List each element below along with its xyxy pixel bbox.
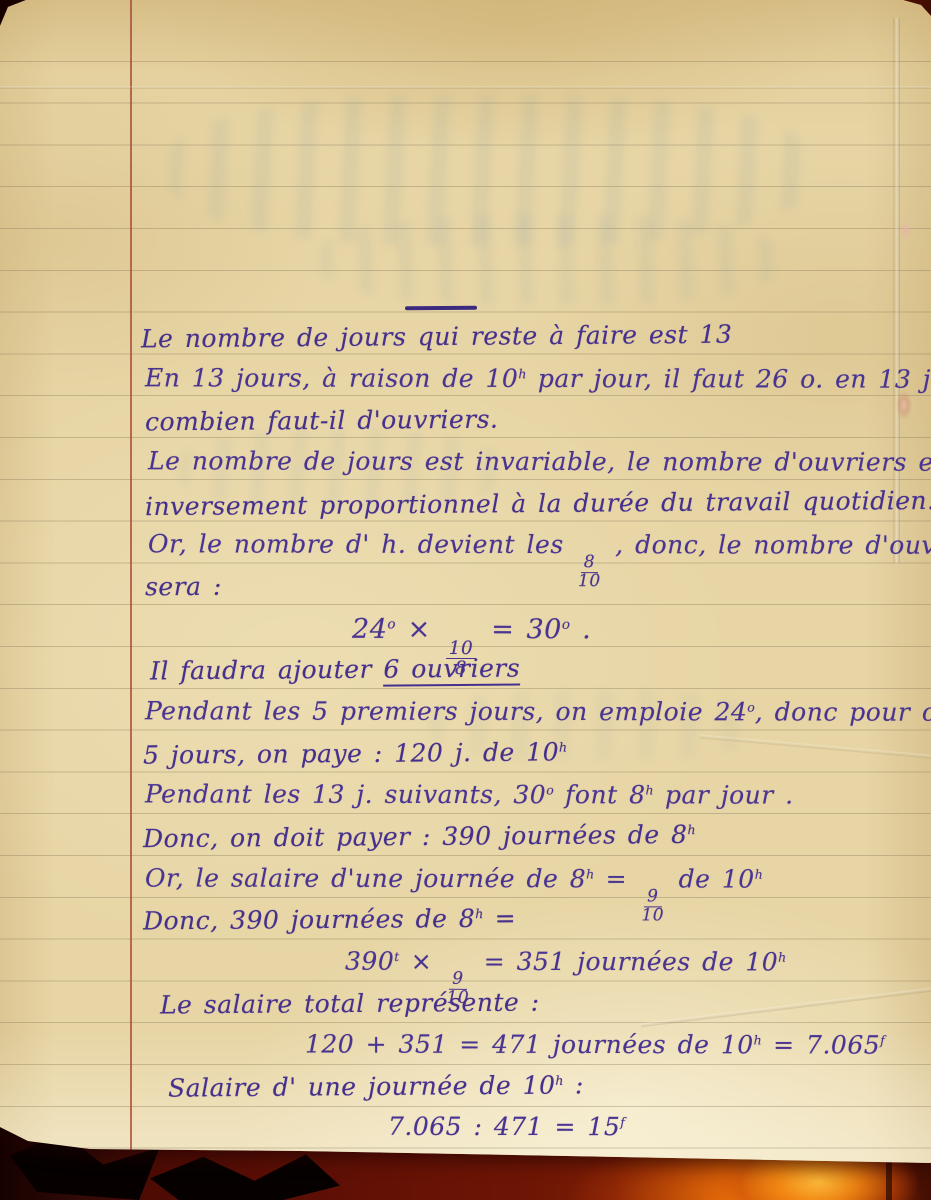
handwritten-line: inversement proportionnel à la durée du …: [145, 486, 931, 521]
handwriting-layer: Le nombre de jours qui reste à faire est…: [0, 0, 931, 1200]
handwritten-line: Salaire d' une journée de 10h :: [168, 1070, 584, 1102]
handwritten-line: Il faudra ajouter 6 ouvriers: [150, 654, 520, 686]
handwritten-line: combien faut-il d'ouvriers.: [145, 405, 499, 437]
handwritten-line: En 13 jours, à raison de 10h par jour, i…: [145, 363, 931, 393]
handwritten-line: 120 + 351 = 471 journées de 10h = 7.065f: [305, 1029, 885, 1059]
handwritten-line: Pendant les 5 premiers jours, on emploie…: [145, 696, 931, 726]
handwritten-line: sera :: [145, 572, 222, 602]
notebook-page: Le nombre de jours qui reste à faire est…: [0, 0, 931, 1200]
handwritten-line: Or, le nombre d' h. devient les 810 , do…: [148, 529, 931, 592]
handwritten-line: Le nombre de jours est invariable, le no…: [148, 446, 931, 476]
handwritten-line: Donc, on doit payer : 390 journées de 8h: [143, 820, 696, 853]
handwritten-line: Pendant les 13 j. suivants, 30o font 8h …: [145, 779, 794, 809]
paper-shadow: Le nombre de jours qui reste à faire est…: [0, 0, 931, 1200]
handwritten-line: Le nombre de jours qui reste à faire est…: [141, 320, 733, 354]
photo-of-notebook-page: Le nombre de jours qui reste à faire est…: [0, 0, 931, 1200]
handwritten-line: 7.065 : 471 = 15f: [388, 1112, 625, 1141]
handwritten-line: Donc, 390 journées de 8h =: [143, 904, 516, 936]
handwritten-line: Le salaire total représente :: [160, 988, 540, 1020]
handwritten-line: 5 jours, on paye : 120 j. de 10h: [143, 737, 567, 769]
